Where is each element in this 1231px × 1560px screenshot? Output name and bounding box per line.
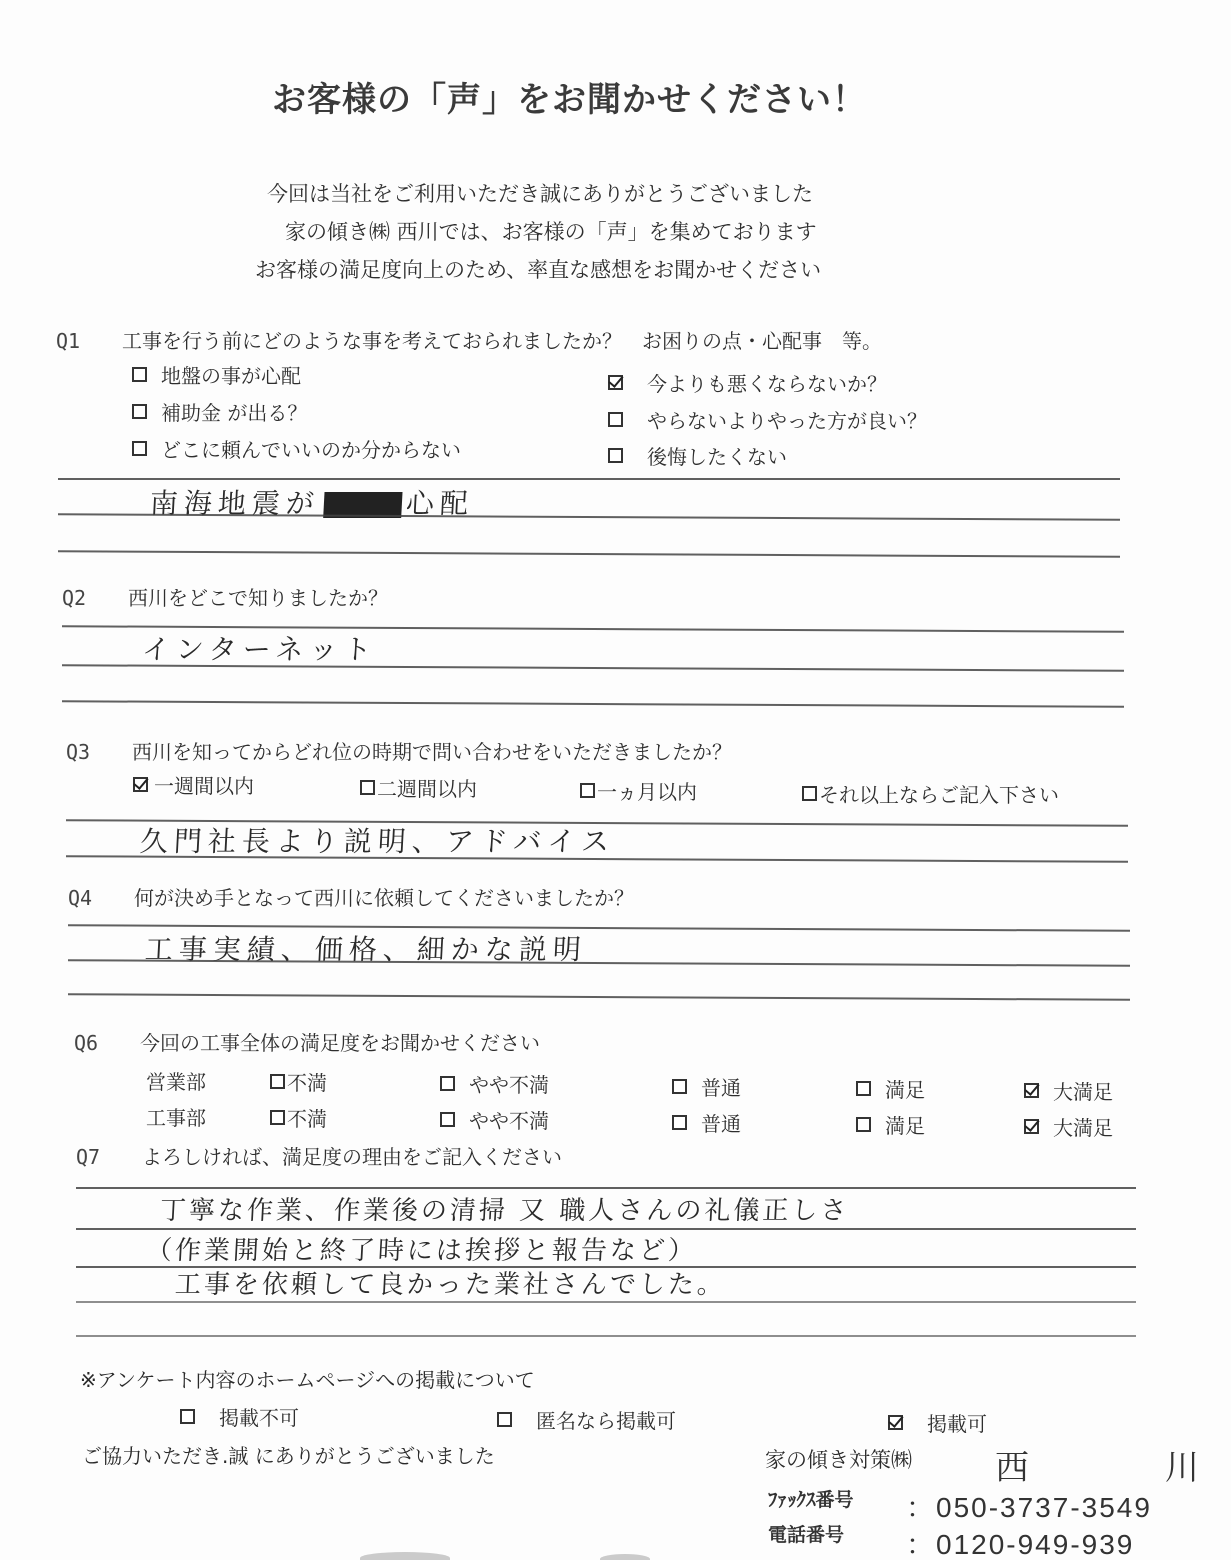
q6-number: Q6 — [74, 1031, 140, 1055]
q1-text: 工事を行う前にどのような事を考えておられましたか？ お困りの点・心配事 等。 — [122, 329, 882, 353]
checkbox-icon[interactable] — [802, 786, 817, 801]
company-name: 西 川 — [995, 1440, 1199, 1489]
answer-rule — [76, 1301, 1136, 1303]
answer-rule — [58, 550, 1120, 558]
checkbox-icon[interactable] — [608, 412, 623, 427]
q6-construction-option-1[interactable]: 不満 — [270, 1103, 327, 1132]
answer-rule — [62, 700, 1124, 708]
answer-rule — [62, 664, 1124, 672]
q1-option-1[interactable]: 地盤の事が心配 — [132, 360, 301, 389]
q6-construction-option-2[interactable]: やや不満 — [440, 1105, 549, 1134]
intro-line-1: 今回は当社をご利用いただき誠にありがとうございました — [267, 178, 813, 208]
q3-option-1[interactable]: 一週間以内 — [133, 770, 254, 799]
checkbox-checked-icon[interactable] — [888, 1415, 903, 1430]
tel-number: ：0120-949-939 — [906, 1523, 1134, 1560]
checkbox-checked-icon[interactable] — [608, 375, 623, 390]
checkbox-icon[interactable] — [440, 1112, 455, 1127]
checkbox-checked-icon[interactable] — [133, 777, 148, 792]
q6-construction-option-5[interactable]: 大満足 — [1024, 1112, 1113, 1141]
q3-option-2[interactable]: 二週間以内 — [360, 773, 477, 802]
intro-line-3: お客様の満足度向上のため、率直な感想をお聞かせください — [255, 254, 821, 284]
checkbox-icon[interactable] — [132, 441, 147, 456]
answer-rule — [58, 478, 1120, 480]
checkbox-icon[interactable] — [132, 367, 147, 382]
q3-text: 西川を知ってからどれ位の時期で問い合わせをいただきましたか？ — [132, 740, 732, 764]
q1-option-2[interactable]: 補助金 が出る？ — [132, 397, 307, 426]
q4-question: Q4何が決め手となって西川に依頼してくださいましたか？ — [68, 882, 634, 911]
q6-construction-option-4[interactable]: 満足 — [856, 1110, 925, 1139]
q6-sales-option-3[interactable]: 普通 — [672, 1072, 741, 1101]
q1-question: Q1工事を行う前にどのような事を考えておられましたか？ お困りの点・心配事 等。 — [56, 325, 882, 354]
q1-option-5[interactable]: やらないよりやった方が良い？ — [608, 405, 927, 434]
q3-option-4[interactable]: それ以上ならご記入下さい — [802, 779, 1059, 808]
fax-number: ：050-3737-3549 — [906, 1486, 1152, 1526]
tel-label: 電話番号 — [768, 1520, 844, 1547]
checkbox-icon[interactable] — [497, 1412, 512, 1427]
checkbox-icon[interactable] — [856, 1081, 871, 1096]
q2-answer[interactable]: インターネット — [141, 628, 379, 668]
answer-rule — [76, 1335, 1136, 1337]
q6-dept-construction: 工事部 — [146, 1102, 206, 1131]
checkbox-icon[interactable] — [672, 1079, 687, 1094]
q3-question: Q3西川を知ってからどれ位の時期で問い合わせをいただきましたか？ — [66, 736, 732, 765]
q6-sales-option-2[interactable]: やや不満 — [440, 1069, 549, 1098]
checkbox-icon[interactable] — [360, 780, 375, 795]
answer-rule — [68, 993, 1130, 1001]
q6-sales-option-5[interactable]: 大満足 — [1024, 1076, 1113, 1105]
q4-text: 何が決め手となって西川に依頼してくださいましたか？ — [134, 886, 634, 910]
q7-answer-line-3[interactable]: 工事を依頼して良かった業社さんでした。 — [174, 1264, 727, 1301]
checkbox-icon[interactable] — [856, 1117, 871, 1132]
checkbox-icon[interactable] — [270, 1074, 285, 1089]
q6-construction-option-3[interactable]: 普通 — [672, 1108, 741, 1137]
q7-answer-line-2[interactable]: （作業開始と終了時には挨拶と報告など） — [145, 1230, 698, 1267]
q7-answer-line-1[interactable]: 丁寧な作業、作業後の清掃 又 職人さんの礼儀正しさ — [159, 1190, 850, 1227]
q7-text: よろしければ、満足度の理由をご記入ください — [142, 1145, 562, 1169]
thanks-message: ご協力いただき.誠 にありがとうございました — [82, 1440, 495, 1469]
q1-option-4[interactable]: 今よりも悪くならないか？ — [608, 368, 887, 397]
checkbox-icon[interactable] — [270, 1110, 285, 1125]
checkbox-icon[interactable] — [440, 1076, 455, 1091]
fax-label: ﾌｧｯｸｽ番号 — [768, 1485, 854, 1512]
q6-sales-option-1[interactable]: 不満 — [270, 1067, 327, 1096]
q6-text: 今回の工事全体の満足度をお聞かせください — [140, 1031, 540, 1055]
q4-number: Q4 — [68, 886, 134, 910]
publish-option-anonymous[interactable]: 匿名なら掲載可 — [497, 1405, 676, 1434]
q1-option-3[interactable]: どこに頼んでいいのか分からない — [132, 434, 461, 463]
q3-option-3[interactable]: 一ヵ月以内 — [580, 776, 697, 805]
q6-sales-option-4[interactable]: 満足 — [856, 1074, 925, 1103]
company-name-prefix: 家の傾き対策㈱ — [765, 1444, 912, 1474]
checkbox-icon[interactable] — [132, 404, 147, 419]
q1-option-6[interactable]: 後悔したくない — [608, 441, 787, 470]
form-title: お客様の「声」をお聞かせください！ — [272, 72, 867, 121]
q3-answer[interactable]: 久門社長より説明、アドバイス — [139, 820, 616, 860]
answer-rule — [76, 1187, 1136, 1189]
publish-option-not-allowed[interactable]: 掲載不可 — [180, 1402, 299, 1431]
q6-dept-sales: 営業部 — [146, 1066, 206, 1095]
checkbox-checked-icon[interactable] — [1024, 1083, 1039, 1098]
checkbox-icon[interactable] — [608, 448, 623, 463]
publish-option-allowed[interactable]: 掲載可 — [888, 1408, 987, 1437]
q2-number: Q2 — [62, 586, 128, 610]
intro-line-2: 家の傾き㈱ 西川では、お客様の「声」を集めております — [285, 216, 817, 246]
q2-text: 西川をどこで知りましたか？ — [128, 586, 388, 610]
checkbox-checked-icon[interactable] — [1024, 1119, 1039, 1134]
q1-number: Q1 — [56, 329, 122, 353]
q3-number: Q3 — [66, 740, 132, 764]
publish-heading: ※アンケート内容のホームページへの掲載について — [80, 1364, 535, 1393]
scan-smudge — [360, 1552, 450, 1560]
q2-question: Q2西川をどこで知りましたか？ — [62, 582, 388, 611]
checkbox-icon[interactable] — [580, 783, 595, 798]
q7-question: Q7よろしければ、満足度の理由をご記入ください — [76, 1141, 562, 1170]
q7-number: Q7 — [76, 1145, 142, 1169]
checkbox-icon[interactable] — [180, 1409, 195, 1424]
q6-question: Q6今回の工事全体の満足度をお聞かせください — [74, 1027, 540, 1056]
checkbox-icon[interactable] — [672, 1115, 687, 1130]
scan-smudge — [600, 1554, 650, 1560]
